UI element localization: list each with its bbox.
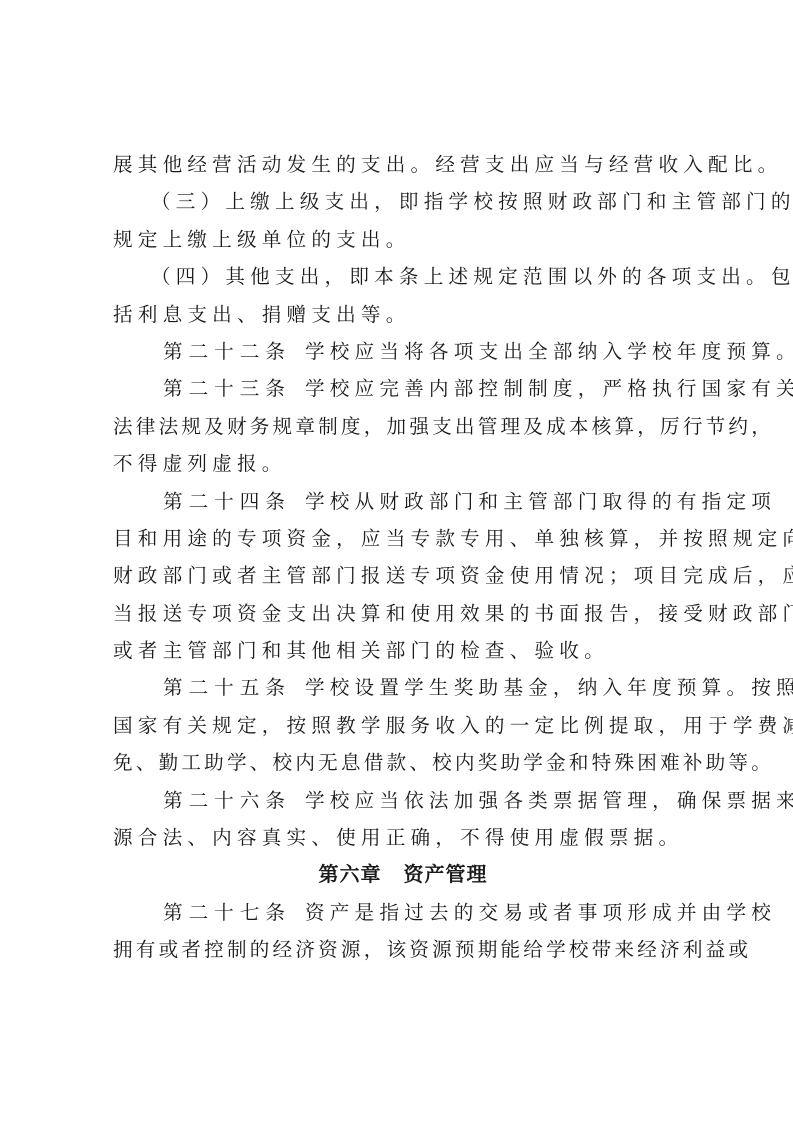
article-text: 学校应完善内部控制制度，严格执行国家有关	[305, 377, 793, 400]
article-number: 第二十五条	[163, 676, 291, 699]
article-number: 第二十二条	[163, 340, 291, 363]
paragraph-line: 财政部门或者主管部门报送专项资金使用情况；项目完成后，应	[113, 557, 693, 594]
article-text: 学校从财政部门和主管部门取得的有指定项	[305, 490, 776, 513]
paragraph-line: 当报送专项资金支出决算和使用效果的书面报告，接受财政部门	[113, 595, 693, 632]
chapter-number: 第六章	[319, 862, 382, 886]
article-text: 资产是指过去的交易或者事项形成并由学校	[305, 901, 776, 924]
paragraph-line: 国家有关规定，按照教学服务收入的一定比例提取，用于学费减	[113, 707, 693, 744]
paragraph-line: （四）其他支出，即本条上述规定范围以外的各项支出。包	[113, 258, 693, 295]
paragraph-line: 或者主管部门和其他相关部门的检查、验收。	[113, 632, 693, 669]
paragraph-line: 规定上缴上级单位的支出。	[113, 221, 693, 258]
paragraph-line: 源合法、内容真实、使用正确，不得使用虚假票据。	[113, 819, 693, 856]
chapter-heading: 第六章资产管理	[113, 856, 693, 893]
article-number: 第二十六条	[163, 789, 291, 812]
paragraph-line: 展其他经营活动发生的支出。经营支出应当与经营收入配比。	[113, 146, 693, 183]
article-26: 第二十六条学校应当依法加强各类票据管理，确保票据来	[113, 782, 693, 819]
article-number: 第二十三条	[163, 377, 291, 400]
paragraph-line: 不得虚列虚报。	[113, 445, 693, 482]
paragraph-line: 拥有或者控制的经济资源，该资源预期能给学校带来经济利益或	[113, 931, 693, 968]
document-page: 展其他经营活动发生的支出。经营支出应当与经营收入配比。 （三）上缴上级支出，即指…	[113, 146, 693, 969]
article-number: 第二十七条	[163, 901, 291, 924]
chapter-title: 资产管理	[404, 862, 488, 886]
article-23: 第二十三条学校应完善内部控制制度，严格执行国家有关	[113, 370, 693, 407]
paragraph-line: 法律法规及财务规章制度，加强支出管理及成本核算，厉行节约，	[113, 408, 693, 445]
paragraph-line: 括利息支出、捐赠支出等。	[113, 296, 693, 333]
article-text: 学校应当依法加强各类票据管理，确保票据来	[305, 789, 793, 812]
paragraph-line: 目和用途的专项资金，应当专款专用、单独核算，并按照规定向	[113, 520, 693, 557]
article-number: 第二十四条	[163, 490, 291, 513]
article-25: 第二十五条学校设置学生奖助基金，纳入年度预算。按照	[113, 669, 693, 706]
article-22: 第二十二条学校应当将各项支出全部纳入学校年度预算。	[113, 333, 693, 370]
paragraph-line: （三）上缴上级支出，即指学校按照财政部门和主管部门的	[113, 183, 693, 220]
paragraph-line: 免、勤工助学、校内无息借款、校内奖助学金和特殊困难补助等。	[113, 744, 693, 781]
article-text: 学校应当将各项支出全部纳入学校年度预算。	[305, 340, 793, 363]
article-27: 第二十七条资产是指过去的交易或者事项形成并由学校	[113, 894, 693, 931]
article-text: 学校设置学生奖助基金，纳入年度预算。按照	[305, 676, 793, 699]
article-24: 第二十四条学校从财政部门和主管部门取得的有指定项	[113, 483, 693, 520]
